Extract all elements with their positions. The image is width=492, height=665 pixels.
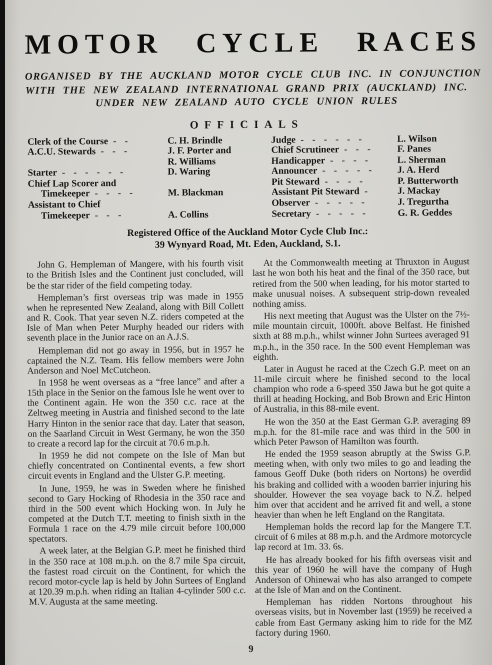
scan-edge-left xyxy=(0,0,5,665)
paragraph: John G. Hempleman of Mangere, with his f… xyxy=(26,258,243,290)
official-role: Clerk of the Course xyxy=(27,137,108,148)
leader-dashes: - - - - - xyxy=(317,166,397,177)
paragraph: A week later, at the Belgian G.P. meet h… xyxy=(29,544,246,607)
official-role: Chief Lap Scorer and xyxy=(28,179,116,190)
leader-dashes: - - - - xyxy=(90,189,168,200)
official-role: Assistant to Chief xyxy=(28,200,101,211)
official-row: Secretary- - - - - G. R. Geddes xyxy=(272,208,469,220)
paragraph: Hempleman’s first overseas trip was made… xyxy=(27,291,244,343)
official-role: Chief Scrutineer xyxy=(271,145,339,156)
article-column-right: At the Commonwealth meeting at Thruxton … xyxy=(252,257,472,640)
leader-dashes xyxy=(100,200,168,211)
paragraph: Hempleman did not go away in 1956, but i… xyxy=(27,344,244,376)
leader-dashes: - - - xyxy=(339,145,397,156)
official-row: Timekeeper- - - A. Collins xyxy=(28,210,232,222)
paragraph: He won the 350 at the East German G.P. a… xyxy=(254,415,471,447)
official-role: Handicapper xyxy=(271,156,325,167)
leader-dashes: - - - - - - xyxy=(296,134,398,145)
official-role: Starter xyxy=(28,169,57,180)
paragraph: He has already booked for his fifth over… xyxy=(255,553,472,595)
page-number: 9 xyxy=(29,642,472,656)
registered-office-line-2: 39 Wynyard Road, Mt. Eden, Auckland, S.1… xyxy=(26,237,469,252)
leader-dashes: - - - - - xyxy=(311,208,398,219)
official-name: D. Waring xyxy=(168,167,232,178)
official-role: Announcer xyxy=(271,167,317,178)
leader-dashes: - - - xyxy=(96,147,168,158)
leader-dashes: - - - xyxy=(90,210,168,221)
officials-column-left: Clerk of the Course- - C. H. Brindle A.C… xyxy=(25,136,245,222)
leader-dashes xyxy=(116,179,168,190)
official-role: Timekeeper xyxy=(28,190,90,201)
article-column-left: John G. Hempleman of Mangere, with his f… xyxy=(26,258,246,641)
official-role: Judge xyxy=(271,135,296,146)
official-role: Pit Steward xyxy=(271,177,319,188)
page-title: MOTOR CYCLE RACES xyxy=(25,26,468,61)
official-name: M. Blackman xyxy=(168,189,232,200)
page-content: MOTOR CYCLE RACES ORGANISED BY THE AUCKL… xyxy=(25,26,473,656)
paragraph: Hempleman holds the record lap for the M… xyxy=(254,520,471,552)
paragraph: Hempleman has ridden Nortons throughout … xyxy=(255,596,472,638)
official-role: Secretary xyxy=(272,209,311,220)
scanned-programme-page: MOTOR CYCLE RACES ORGANISED BY THE AUCKL… xyxy=(0,0,492,665)
official-role: A.C.U. Stewards xyxy=(27,147,95,158)
paragraph: In 1958 he went overseas as a “free lanc… xyxy=(27,376,245,449)
paragraph: He ended the 1959 season abruptly at the… xyxy=(254,447,472,520)
official-role: Timekeeper xyxy=(28,211,90,222)
paragraph: Later in August he raced at the Czech G.… xyxy=(253,362,470,414)
leader-dashes: - - - - xyxy=(325,156,397,167)
leader-dashes: - - xyxy=(108,136,167,147)
leader-dashes: - xyxy=(359,187,397,198)
registered-office: Registered Office of the Auckland Motor … xyxy=(26,226,469,252)
paragraph: In June, 1959, he was in Sweden where he… xyxy=(28,482,245,545)
paragraph: His next meeting that August was the Uls… xyxy=(253,309,470,361)
paragraph: In 1959 he did not compete on the Isle o… xyxy=(28,449,245,481)
article-body: John G. Hempleman of Mangere, with his f… xyxy=(26,257,472,642)
organiser-subtitle: ORGANISED BY THE AUCKLAND MOTOR CYCLE CL… xyxy=(25,67,468,111)
official-name: G. R. Geddes xyxy=(398,208,469,219)
leader-dashes: - - - - - xyxy=(310,198,398,209)
officials-list: Clerk of the Course- - C. H. Brindle A.C… xyxy=(25,134,469,222)
official-role: Assistant Pit Steward xyxy=(272,188,360,199)
official-role: Observer xyxy=(272,199,310,210)
officials-column-right: Judge- - - - - - L. Wilson Chief Scrutin… xyxy=(245,134,469,221)
paragraph: At the Commonwealth meeting at Thruxton … xyxy=(252,257,469,309)
official-name: A. Collins xyxy=(168,210,232,221)
officials-heading: OFFICIALS xyxy=(25,117,468,132)
leader-dashes: - - - - xyxy=(320,177,398,188)
